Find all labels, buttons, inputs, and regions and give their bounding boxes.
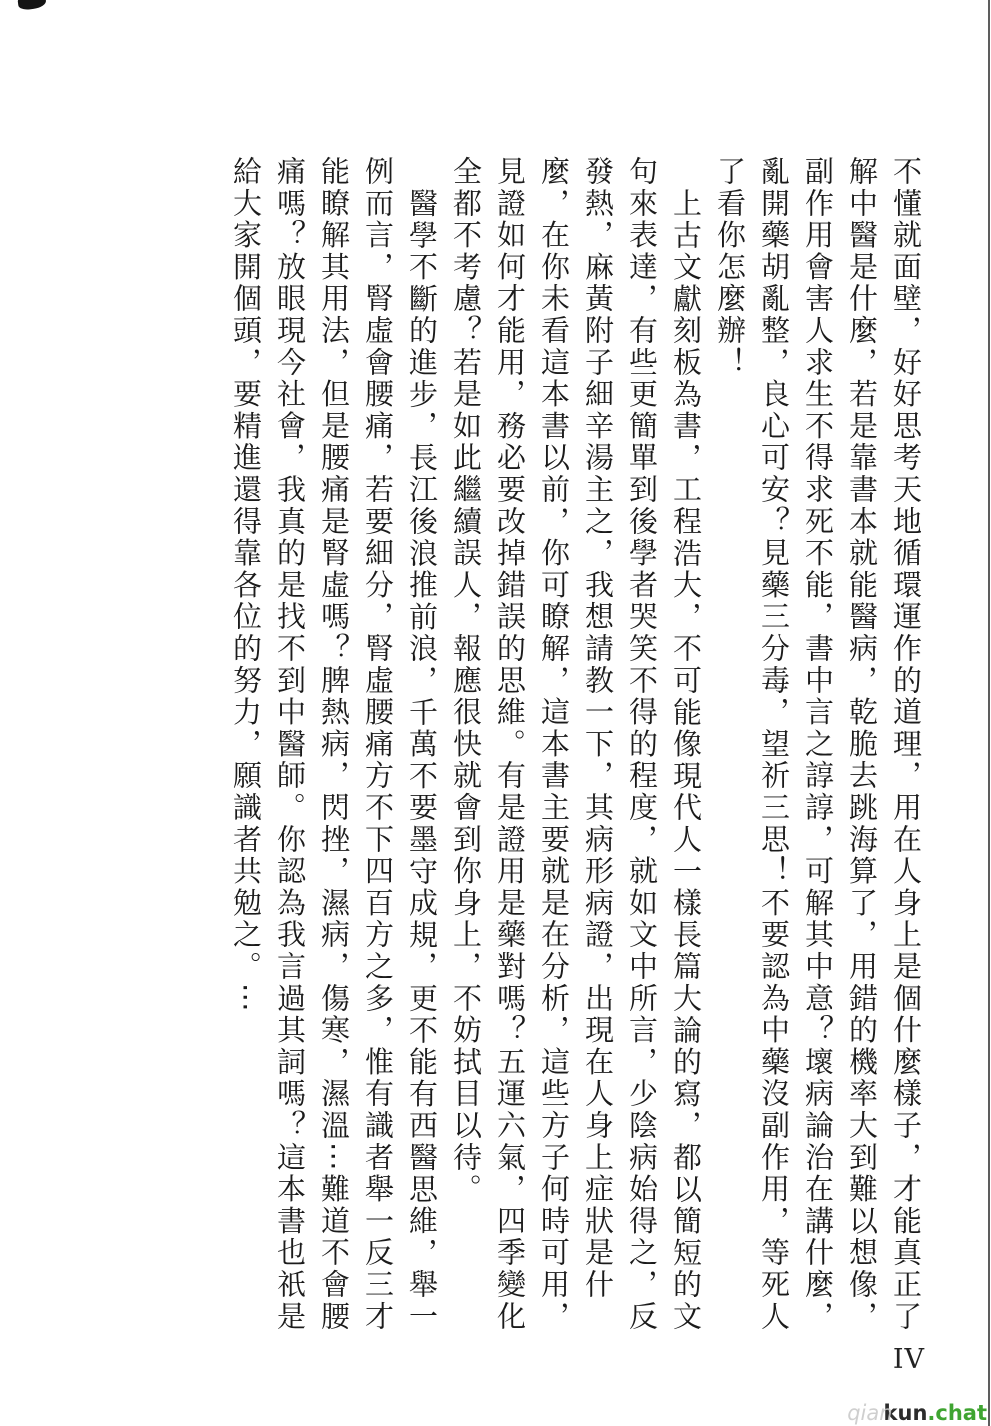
watermark-ghost-text: qian [847,1401,892,1425]
text-column: 副作用會害人求生不得求死不能，書中言之諄諄，可解其中意？壞病論治在講什麼， [796,156,840,1346]
text-column: 痛嗎？放眼現今社會，我真的是找不到中醫師。你認為我言過其詞嗎？這本書也祇是 [268,156,312,1346]
preface-text-block: 不懂就面壁，好好思考天地循環運作的道理，用在人身上是個什麼樣子，才能真正了 解中… [224,156,928,1346]
text-column: 麼，在你未看這本書以前，你可瞭解，這本書主要就是在分析，這些方子何時可用， [532,156,576,1346]
page-edge-line [988,0,990,1426]
page-number: IV [893,1344,925,1375]
text-column-paragraph-start: 醫學不斷的進步，長江後浪推前浪，千萬不要墨守成規，更不能有西醫思維，舉一 [400,156,444,1346]
text-column: 給大家開個頭，要精進還得靠各位的努力，願識者共勉之。⋯ [224,156,268,1346]
text-column: 亂開藥胡亂整，良心可安？見藥三分毒，望祈三思！不要認為中藥沒副作用，等死人 [752,156,796,1346]
text-column: 例而言，腎虛會腰痛，若要細分，腎虛腰痛方不下四百方之多，惟有識者舉一反三才 [356,156,400,1346]
text-column-paragraph-start: 上古文獻刻板為書，工程浩大，不可能像現代人一樣長篇大論的寫，都以簡短的文 [664,156,708,1346]
text-column: 見證如何才能用，務必要改掉錯誤的思維。有是證用是藥對嗎？五運六氣，四季變化 [488,156,532,1346]
watermark-site-tld: .chat [927,1401,987,1425]
text-column: 句來表達，有些更簡單到後學者哭笑不得的程度，就如文中所言，少陰病始得之，反 [620,156,664,1346]
text-column: 發熱，麻黃附子細辛湯主之，我想請教一下，其病形病證，出現在人身上症狀是什 [576,156,620,1346]
scan-artifact [17,0,46,11]
text-column: 解中醫是什麼，若是靠書本就能醫病，乾脆去跳海算了，用錯的機率大到難以想像， [840,156,884,1346]
text-column: 了看你怎麼辦！ [708,156,752,1346]
text-column: 全都不考慮？若是如此繼續誤人，報應很快就會到你身上，不妨拭目以待。 [444,156,488,1346]
text-column: 不懂就面壁，好好思考天地循環運作的道理，用在人身上是個什麼樣子，才能真正了 [884,156,928,1346]
site-watermark: qiankun.chat [847,1401,987,1425]
text-column: 能瞭解其用法，但是腰痛是腎虛嗎？脾熱病，閃挫，濕病，傷寒，濕溫⋯難道不會腰 [312,156,356,1346]
